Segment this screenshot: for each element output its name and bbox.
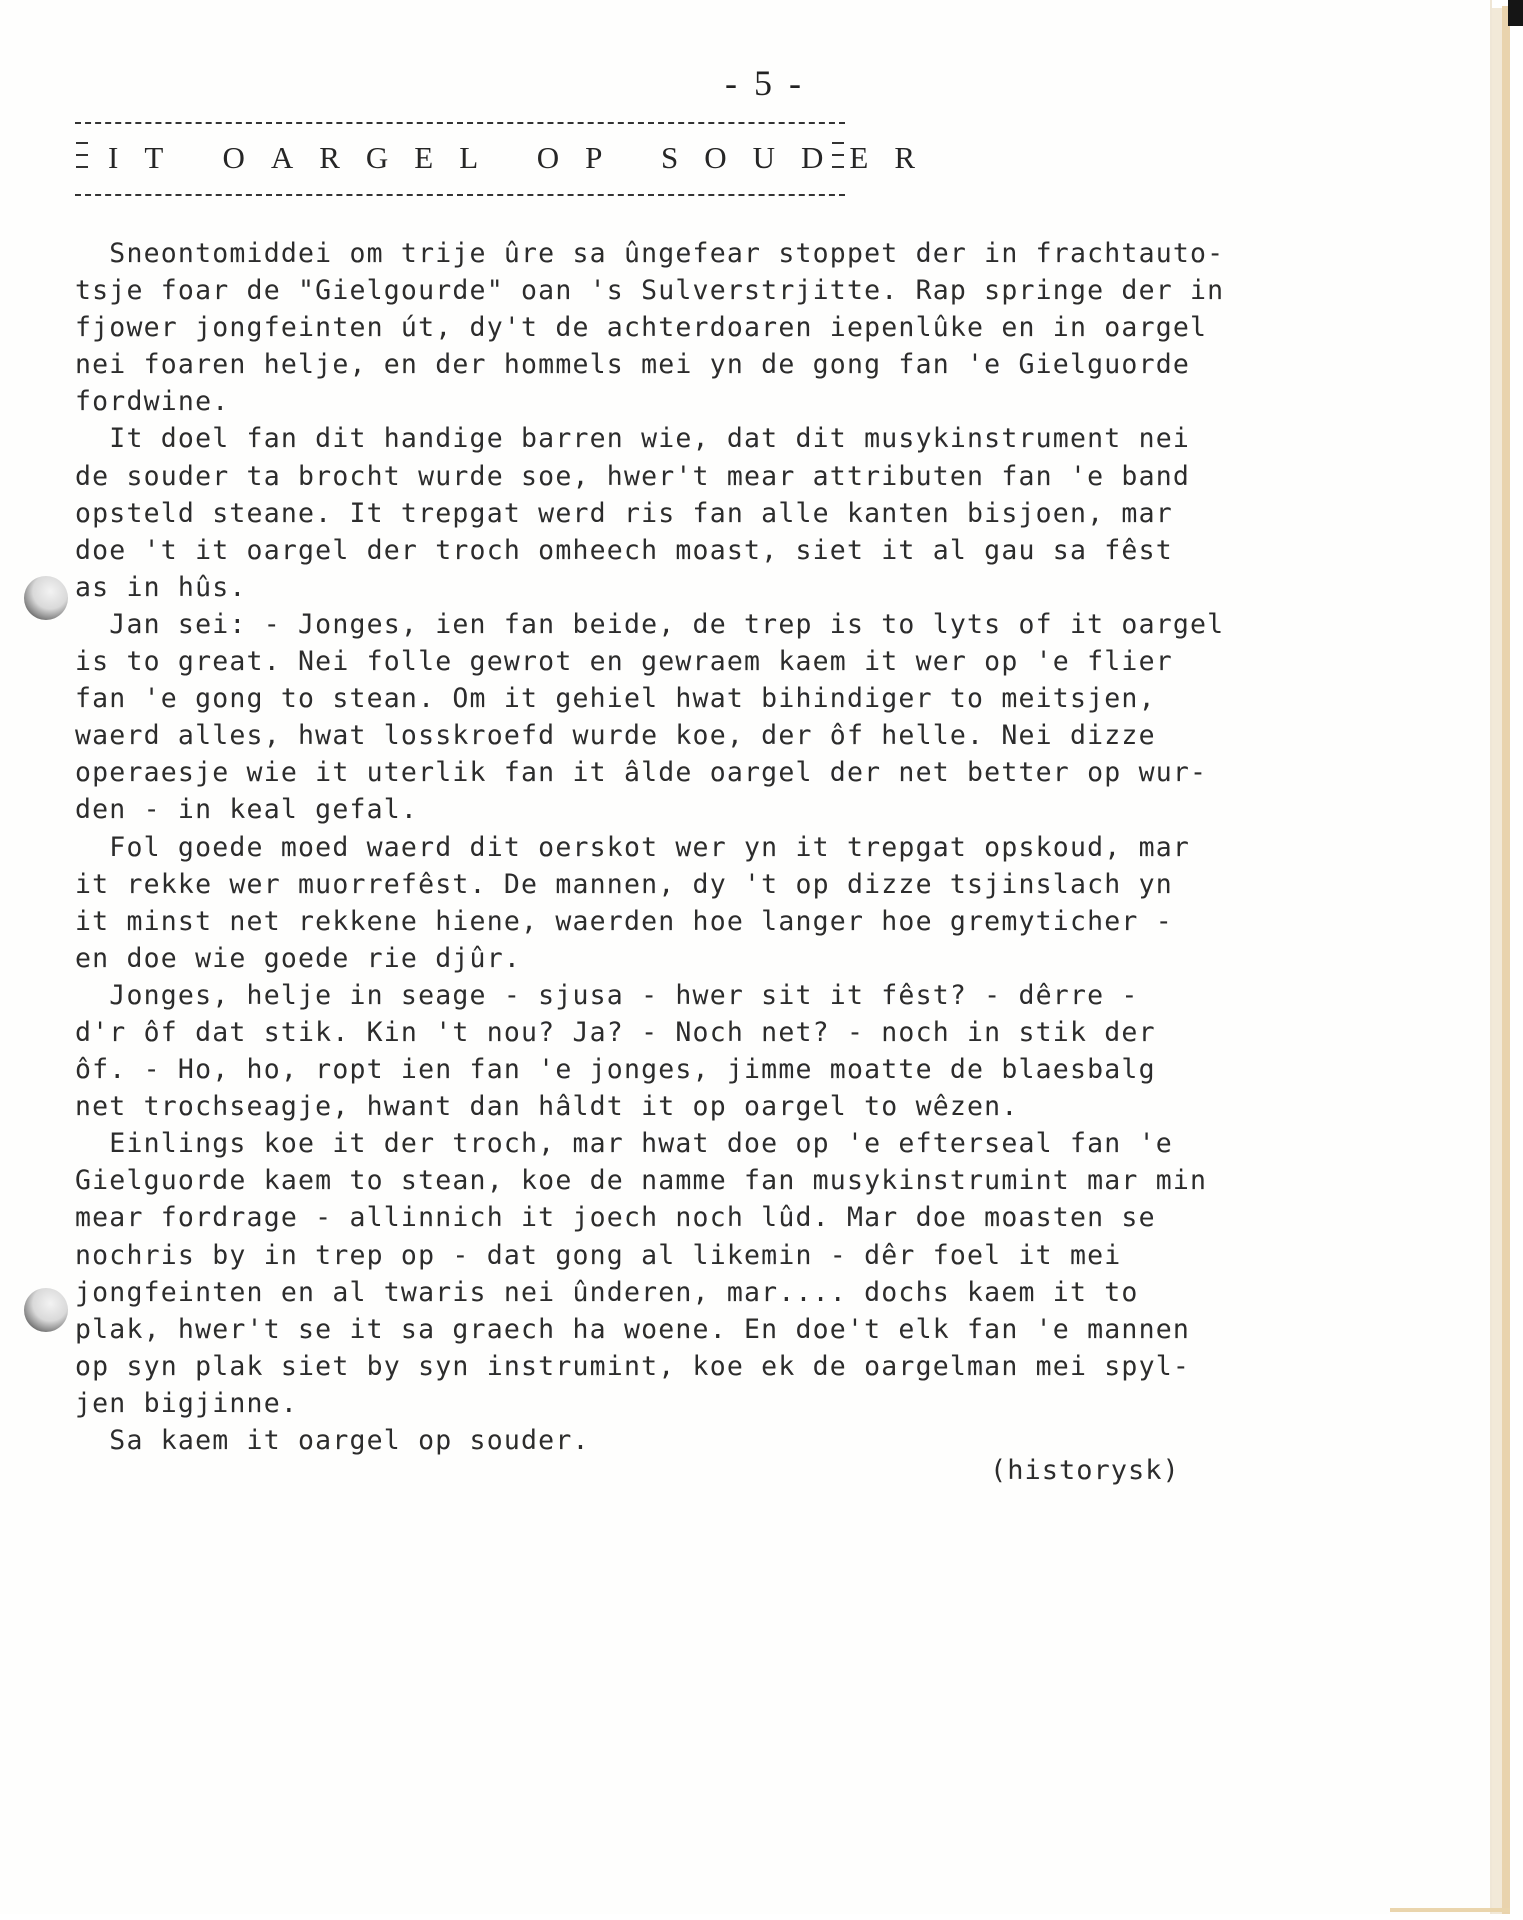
paper-edge-underlying-sheet [1492,8,1502,1914]
page-number: - 5 - [725,62,805,104]
title-bracket-right [832,132,846,178]
article-title: IT OARGEL OP SOUDER [108,140,941,176]
paragraph: Einlings koe it der troch, mar hwat doe … [75,1125,1465,1422]
article-body: Sneontomiddei om trije ûre sa ûngefear s… [75,235,1465,1459]
text-line: Einlings koe it der troch, mar hwat doe … [75,1125,1465,1162]
paragraph: Jan sei: - Jonges, ien fan beide, de tre… [75,606,1465,829]
text-line: ôf. - Ho, ho, ropt ien fan 'e jonges, ji… [75,1051,1465,1088]
punch-hole-icon [24,1288,68,1332]
text-line: nei foaren helje, en der hommels mei yn … [75,346,1465,383]
title-rule-bottom [75,194,845,196]
text-line: Jonges, helje in seage - sjusa - hwer si… [75,977,1465,1014]
paper-edge-binder [1502,6,1510,1914]
text-line: fjower jongfeinten út, dy't de achterdoa… [75,309,1465,346]
text-line: tsje foar de "Gielgourde" oan 's Sulvers… [75,272,1465,309]
paragraph: It doel fan dit handige barren wie, dat … [75,420,1465,605]
text-line: fordwine. [75,383,1465,420]
text-line: It doel fan dit handige barren wie, dat … [75,420,1465,457]
text-line: it rekke wer muorrefêst. De mannen, dy '… [75,866,1465,903]
paragraph: Sa kaem it oargel op souder. [75,1422,1465,1459]
text-line: nochris by in trep op - dat gong al like… [75,1237,1465,1274]
scan-background-corner [1508,0,1523,26]
text-line: d'r ôf dat stik. Kin 't nou? Ja? - Noch … [75,1014,1465,1051]
text-line: mear fordrage - allinnich it joech noch … [75,1199,1465,1236]
title-rule-top [75,122,845,124]
text-line: den - in keal gefal. [75,791,1465,828]
text-line: jen bigjinne. [75,1385,1465,1422]
text-line: doe 't it oargel der troch omheech moast… [75,532,1465,569]
text-line: Jan sei: - Jonges, ien fan beide, de tre… [75,606,1465,643]
paper-edge-bottom [1390,1908,1510,1912]
text-line: Fol goede moed waerd dit oerskot wer yn … [75,829,1465,866]
text-line: Gielguorde kaem to stean, koe de namme f… [75,1162,1465,1199]
text-line: opsteld steane. It trepgat werd ris fan … [75,495,1465,532]
text-line: net trochseagje, hwant dan hâldt it op o… [75,1088,1465,1125]
signature: (historysk) [990,1455,1180,1486]
text-line: operaesje wie it uterlik fan it âlde oar… [75,754,1465,791]
punch-hole-icon [24,576,68,620]
text-line: it minst net rekkene hiene, waerden hoe … [75,903,1465,940]
paragraph: Sneontomiddei om trije ûre sa ûngefear s… [75,235,1465,420]
text-line: as in hûs. [75,569,1465,606]
text-line: Sneontomiddei om trije ûre sa ûngefear s… [75,235,1465,272]
text-line: jongfeinten en al twaris nei ûnderen, ma… [75,1274,1465,1311]
text-line: fan 'e gong to stean. Om it gehiel hwat … [75,680,1465,717]
text-line: plak, hwer't se it sa graech ha woene. E… [75,1311,1465,1348]
paragraph: Fol goede moed waerd dit oerskot wer yn … [75,829,1465,977]
text-line: waerd alles, hwat losskroefd wurde koe, … [75,717,1465,754]
text-line: en doe wie goede rie djûr. [75,940,1465,977]
paragraph: Jonges, helje in seage - sjusa - hwer si… [75,977,1465,1125]
title-bracket-left [76,132,90,178]
text-line: Sa kaem it oargel op souder. [75,1422,1465,1459]
text-line: op syn plak siet by syn instrumint, koe … [75,1348,1465,1385]
text-line: is to great. Nei folle gewrot en gewraem… [75,643,1465,680]
text-line: de souder ta brocht wurde soe, hwer't me… [75,458,1465,495]
